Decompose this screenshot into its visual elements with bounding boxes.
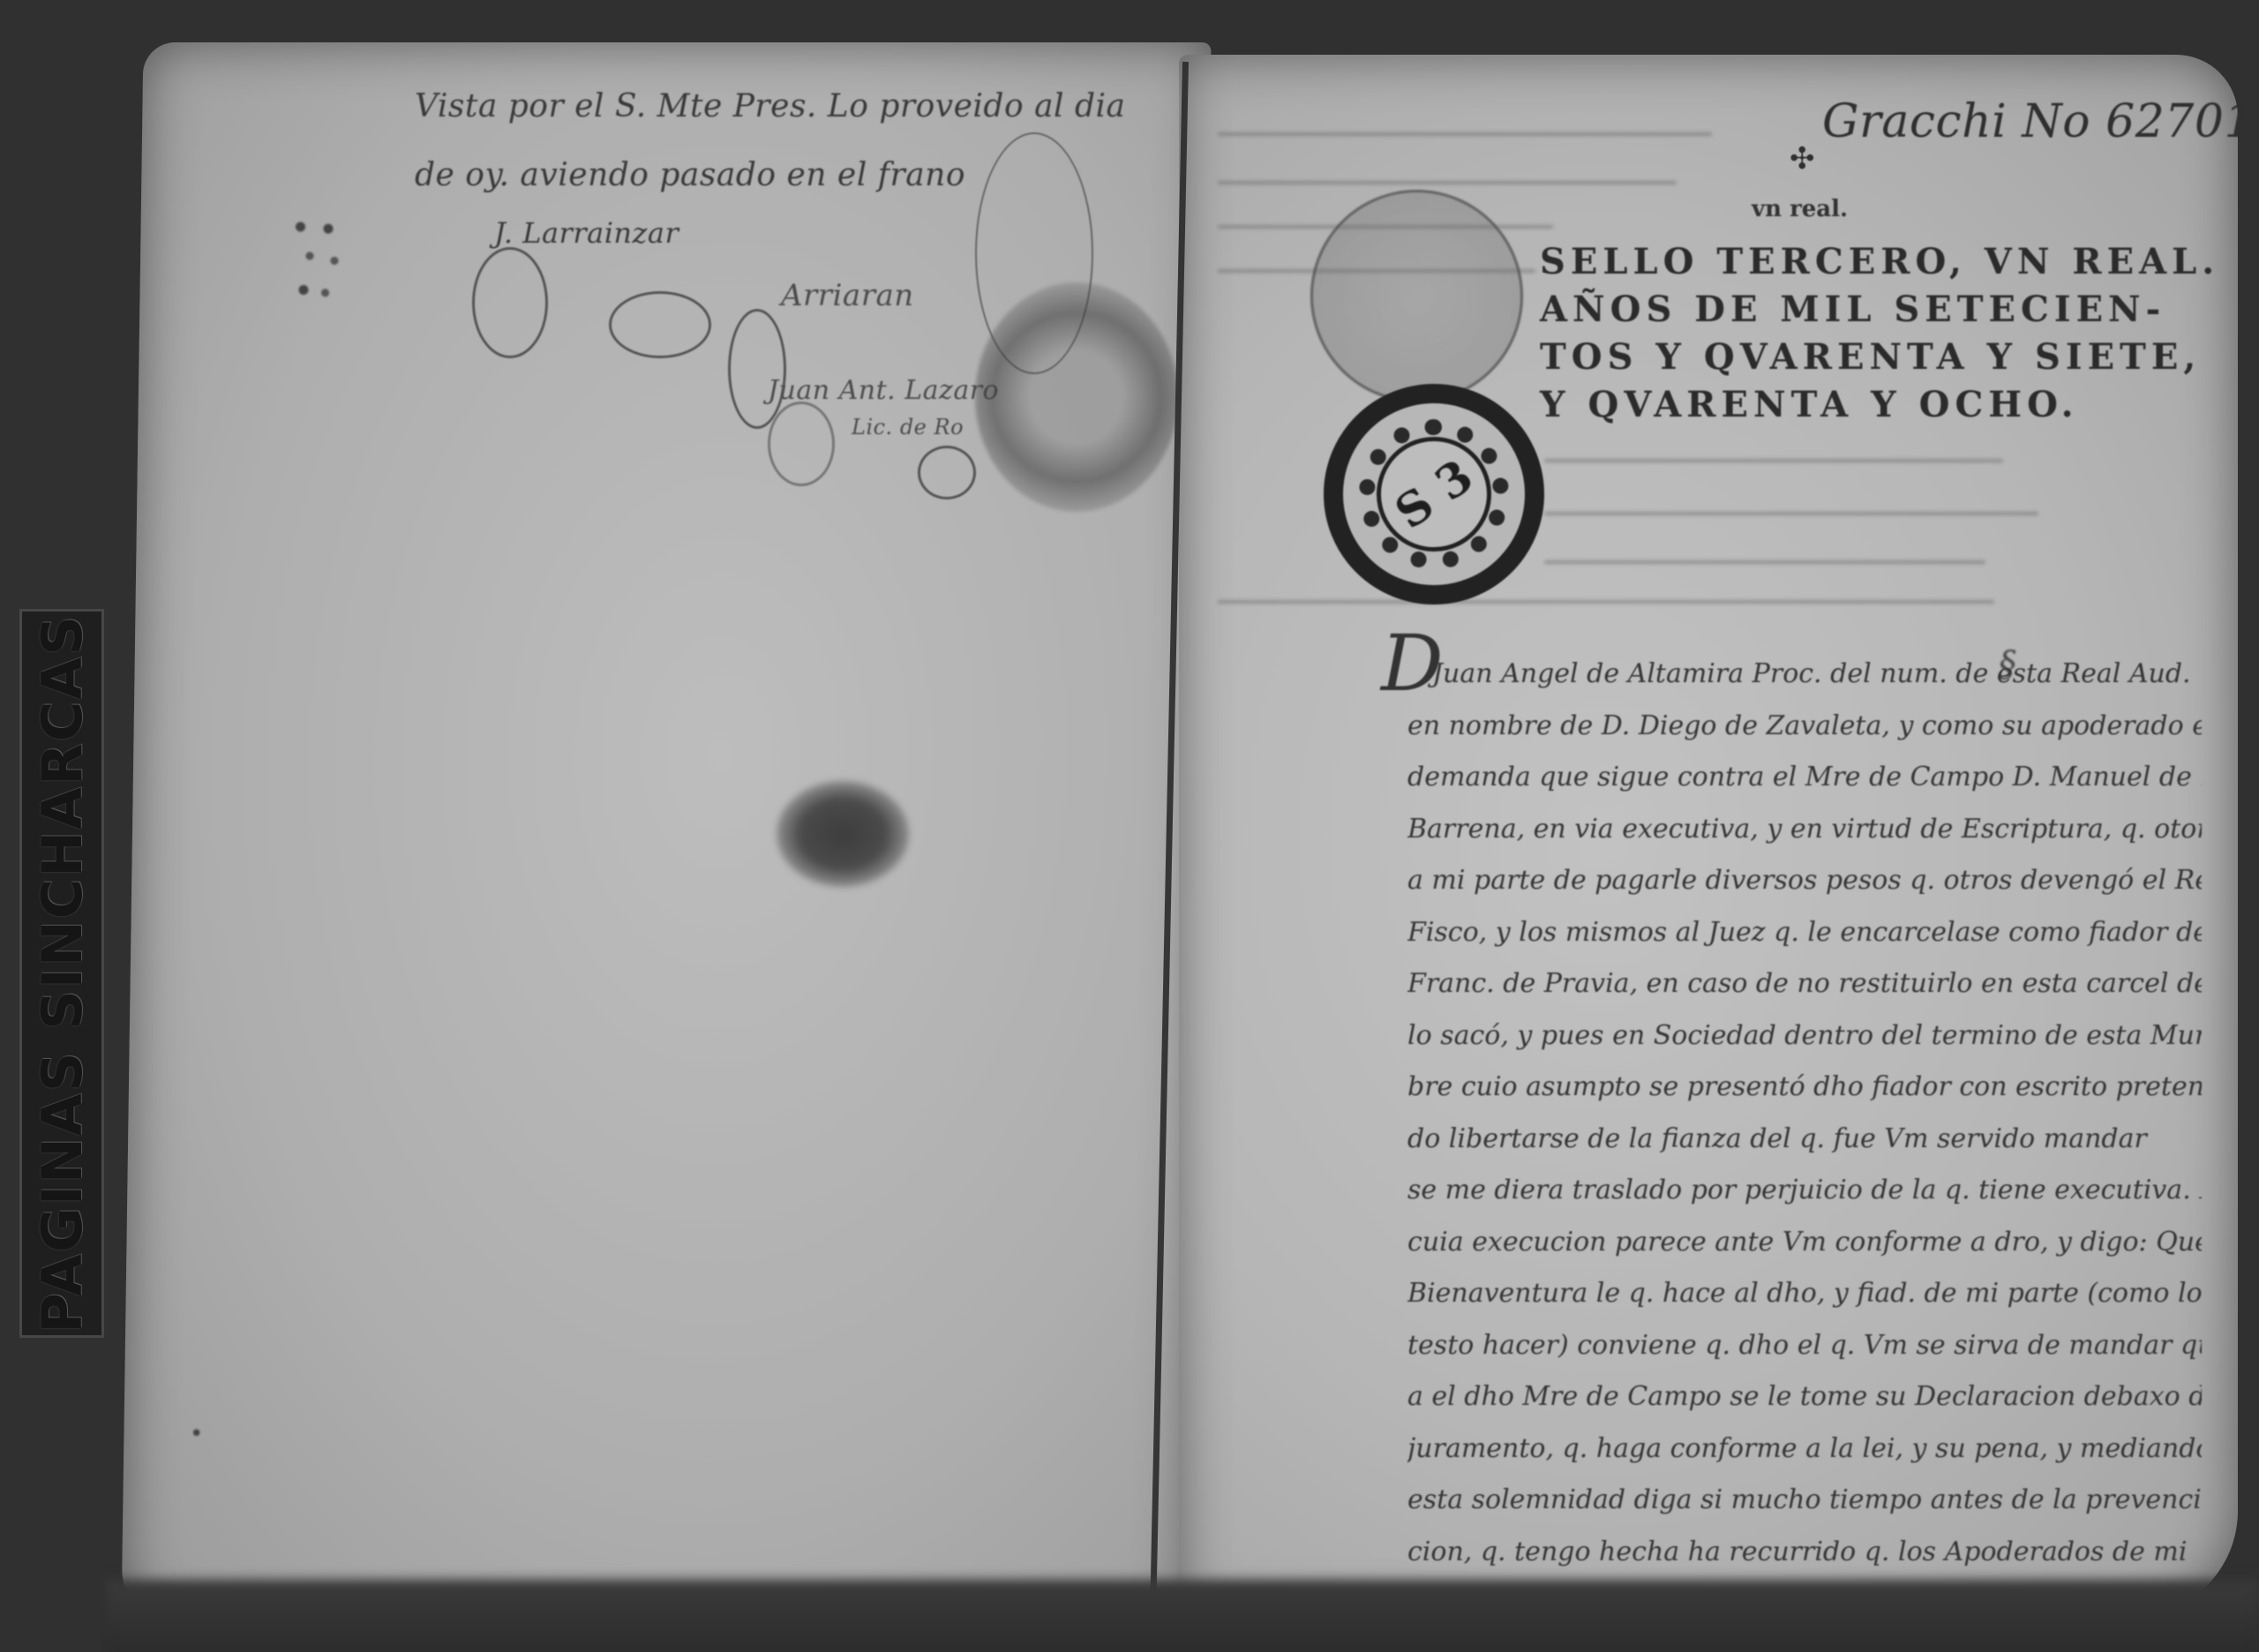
bleed-line: [1218, 600, 1994, 604]
body-line: esta solemnidad diga si mucho tiempo ant…: [1407, 1475, 2202, 1527]
body-line: a el dho Mre de Campo se le tome su Decl…: [1407, 1371, 2202, 1423]
ink-dots: [291, 207, 353, 304]
body-line: demanda que sigue contra el Mre de Campo…: [1407, 752, 2202, 804]
flourish-2: [609, 291, 711, 358]
manuscript-body: Juan Angel de Altamira Proc. del num. de…: [1407, 649, 2202, 1630]
price-line: vn real.: [1752, 196, 1848, 222]
ink-seal-stamp: S 3: [1324, 384, 1544, 604]
left-note-line-1: Vista por el S. Mte Pres. Lo proveido al…: [415, 88, 1126, 124]
bleed-line: [1544, 459, 2003, 462]
body-line: cion, q. tengo hecha ha recurrido q. los…: [1407, 1527, 2202, 1579]
folio-reference: Gracchi No 62701747: [1822, 95, 2259, 148]
bleed-line: [1544, 560, 1985, 564]
ink-stain: [777, 781, 909, 887]
signature-arriaran: Arriaran: [781, 278, 914, 313]
body-line: do libertarse de la fianza del q. fue Vm…: [1407, 1114, 2202, 1166]
body-line: se me diera traslado por perjuicio de la…: [1407, 1165, 2202, 1217]
royal-seal: [1310, 190, 1523, 402]
body-line: bre cuio asumpto se presentó dho fiador …: [1407, 1062, 2202, 1114]
header-line-4: Y QVARENTA Y OCHO.: [1540, 381, 2113, 429]
signature-lic: Lic. de Ro: [852, 415, 964, 439]
flourish-5: [918, 446, 976, 499]
body-line: cuia execucion parece ante Vm conforme a…: [1407, 1217, 2202, 1269]
seal-stamp-center: S 3: [1354, 414, 1513, 574]
header-line-2: AÑOS DE MIL SETECIEN-: [1540, 286, 2113, 334]
archive-side-label: PAGINAS SINCHARCAS: [19, 609, 104, 1338]
header-line-1: SELLO TERCERO, VN REAL.: [1540, 238, 2113, 286]
bleed-line: [1218, 132, 1712, 136]
bleed-line: [1218, 181, 1677, 184]
flourish-3: [728, 309, 786, 429]
flourish-4: [768, 402, 835, 486]
body-line: Franc. de Pravia, en caso de no restitui…: [1407, 958, 2202, 1010]
body-line: Juan Angel de Altamira Proc. del num. de…: [1407, 649, 2202, 701]
body-line: lo sacó, y pues en Sociedad dentro del t…: [1407, 1010, 2202, 1063]
bottom-edge-shadow: [106, 1580, 2259, 1652]
left-note-line-2: de oy. aviendo pasado en el frano: [415, 157, 965, 193]
stamped-paper-header: SELLO TERCERO, VN REAL. AÑOS DE MIL SETE…: [1540, 238, 2113, 429]
body-line: en nombre de D. Diego de Zavaleta, y com…: [1407, 701, 2202, 753]
flourish-1: [472, 247, 548, 358]
body-line: juramento, q. haga conforme a la lei, y …: [1407, 1423, 2202, 1476]
bleed-line: [1544, 512, 2038, 515]
side-label-text: PAGINAS SINCHARCAS: [30, 614, 94, 1333]
left-note-line-3: J. Larrainzar: [494, 216, 679, 250]
body-line: Bienaventura le q. hace al dho, y fiad. …: [1407, 1268, 2202, 1320]
margin-dot: •: [190, 1421, 203, 1447]
header-line-3: TOS Y QVARENTA Y SIETE,: [1540, 334, 2113, 381]
fleuron-icon: ✣: [1790, 141, 1815, 176]
dotted-seal-left: [975, 282, 1178, 512]
body-line: Fisco, y los mismos al Juez q. le encarc…: [1407, 907, 2202, 959]
body-line: testo hacer) conviene q. dho el q. Vm se…: [1407, 1320, 2202, 1372]
body-line: Barrena, en via executiva, y en virtud d…: [1407, 804, 2202, 856]
body-line: a mi parte de pagarle diversos pesos q. …: [1407, 855, 2202, 907]
